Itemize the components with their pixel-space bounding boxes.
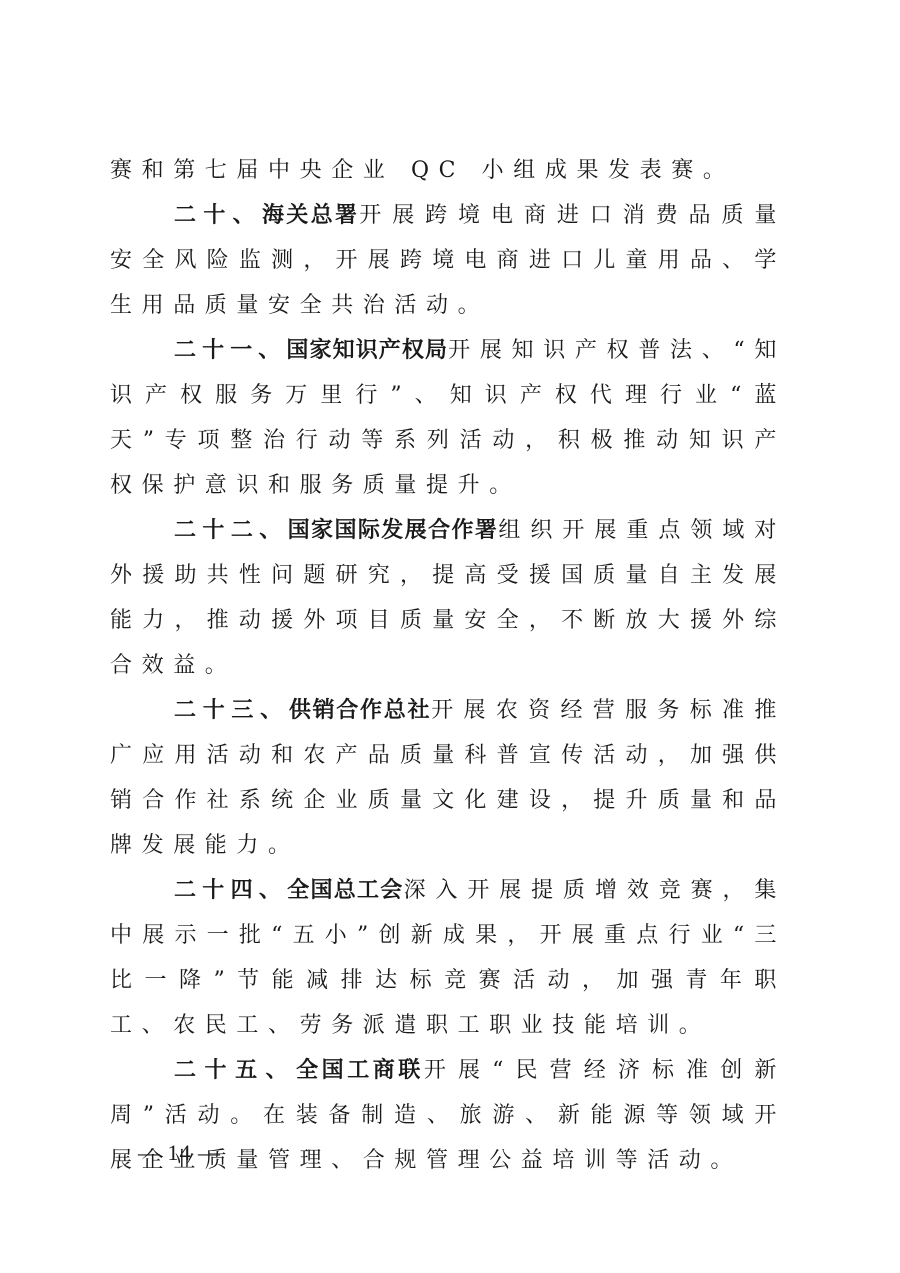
item-paragraph-20: 二十、海关总署开展跨境电商进口消费品质量安全风险监测，开展跨境电商进口儿童用品、… xyxy=(110,193,786,328)
organization-name: 全国总工会 xyxy=(287,878,403,903)
item-number: 二十二、 xyxy=(174,518,288,543)
item-number: 二十三、 xyxy=(174,698,289,723)
item-number: 二十、 xyxy=(174,203,262,228)
page-number: — 14 — xyxy=(138,1140,221,1166)
item-number: 二十一、 xyxy=(174,338,286,363)
organization-name: 供销合作总社 xyxy=(289,698,431,723)
item-paragraph-24: 二十四、全国总工会深入开展提质增效竞赛，集中展示一批“五小”创新成果，开展重点行… xyxy=(110,868,786,1048)
organization-name: 国家知识产权局 xyxy=(286,338,448,363)
continuation-paragraph: 赛和第七届中央企业 QC 小组成果发表赛。 xyxy=(110,148,786,193)
organization-name: 全国工商联 xyxy=(296,1058,424,1083)
organization-name: 海关总署 xyxy=(262,203,359,228)
document-page: 赛和第七届中央企业 QC 小组成果发表赛。 二十、海关总署开展跨境电商进口消费品… xyxy=(110,148,786,1183)
item-number: 二十五、 xyxy=(174,1058,296,1083)
organization-name: 国家国际发展合作署 xyxy=(288,518,499,543)
item-paragraph-22: 二十二、国家国际发展合作署组织开展重点领域对外援助共性问题研究，提高受援国质量自… xyxy=(110,508,786,688)
item-paragraph-23: 二十三、供销合作总社开展农资经营服务标准推广应用活动和农产品质量科普宣传活动，加… xyxy=(110,688,786,868)
item-paragraph-21: 二十一、国家知识产权局开展知识产权普法、“知识产权服务万里行”、知识产权代理行业… xyxy=(110,328,786,508)
item-number: 二十四、 xyxy=(174,878,287,903)
